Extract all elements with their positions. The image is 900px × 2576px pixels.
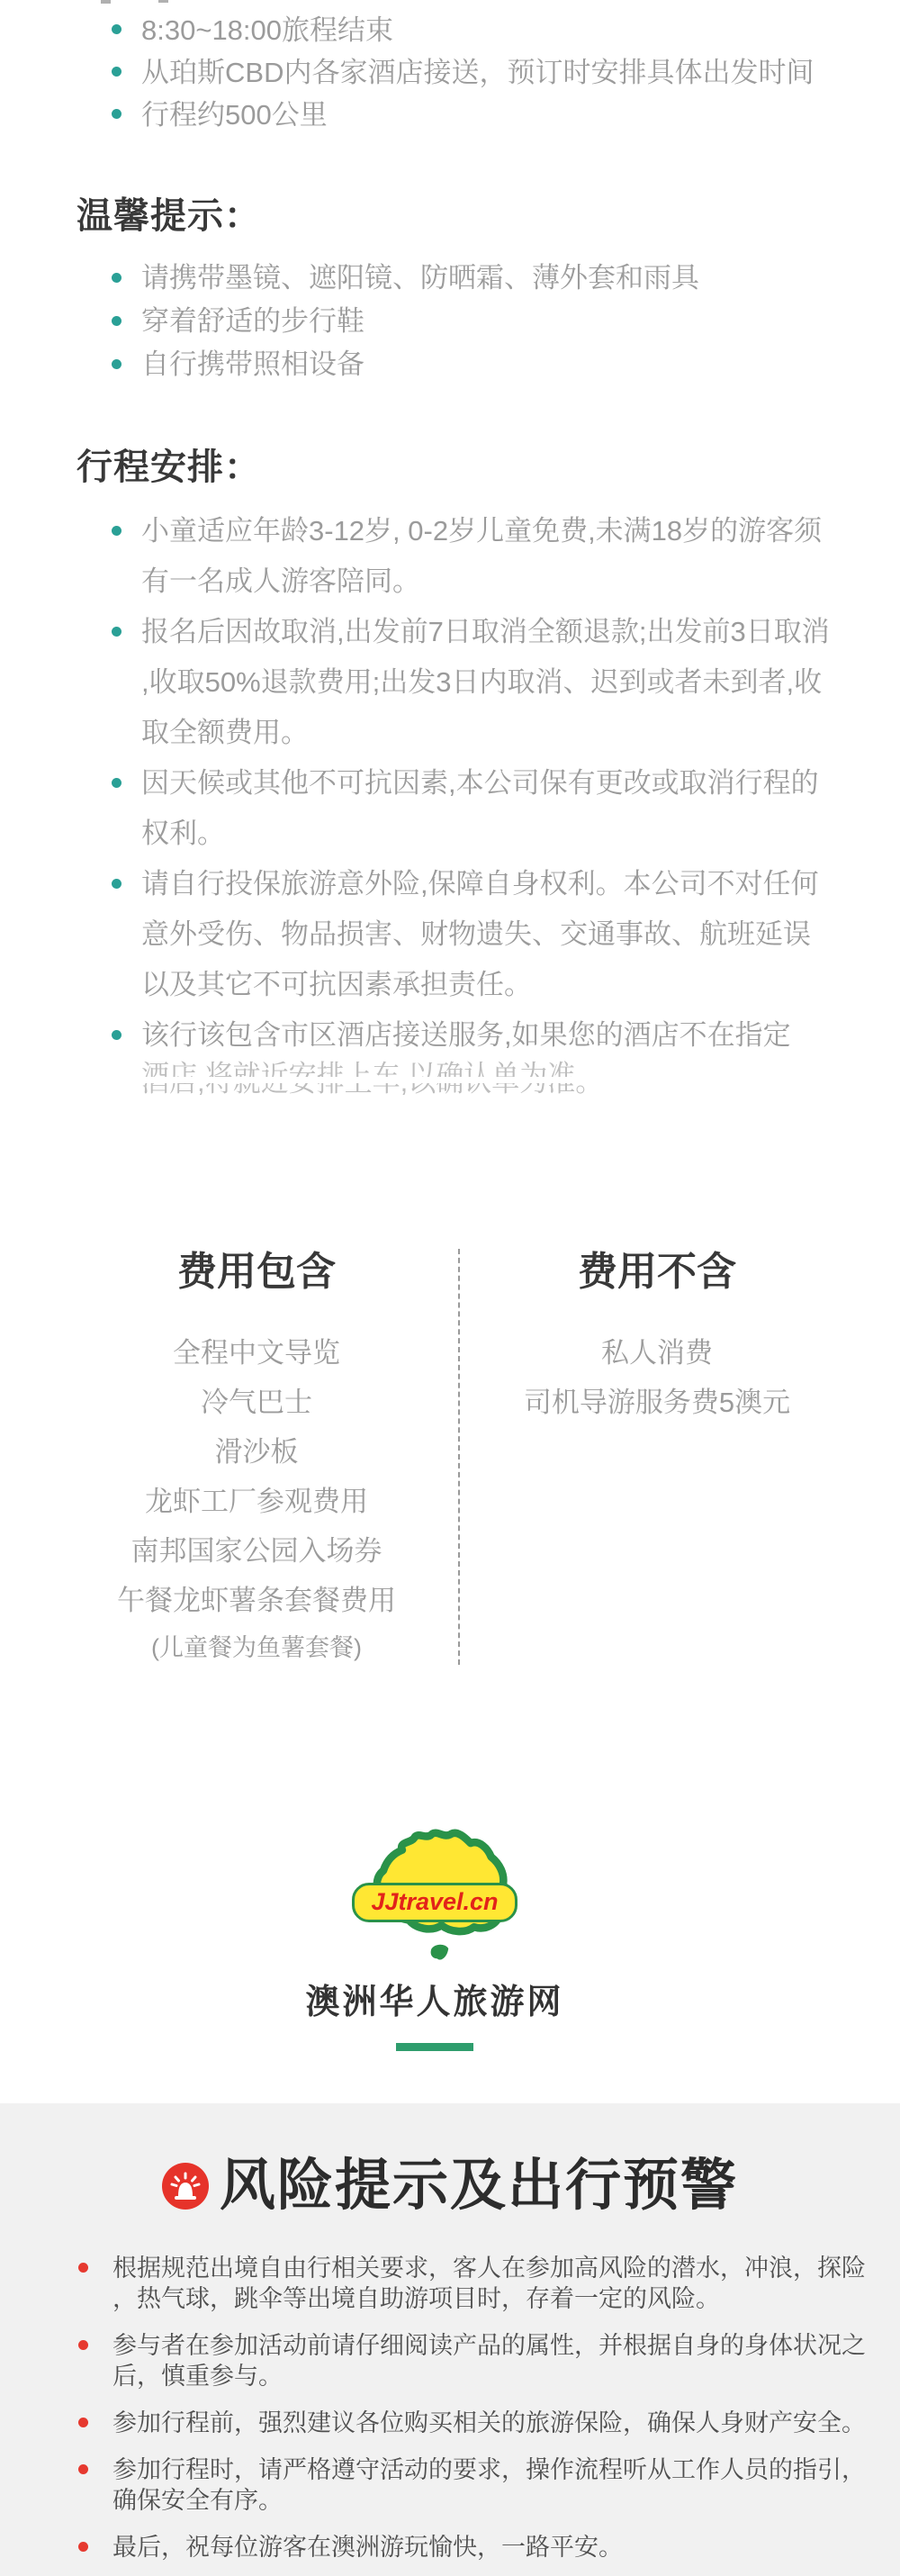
tips-heading: 温馨提示： [76, 195, 900, 237]
fee-item: 私人消费 [459, 1328, 855, 1378]
itinerary-list: 小童适应年龄3-12岁, 0-2岁儿童免费,未满18岁的游客须有一名成人游客陪同… [141, 506, 834, 1061]
fee-item-text: 滑沙板 [215, 1436, 299, 1468]
bullet-dot-icon [78, 2542, 88, 2552]
bullet-dot-icon [112, 526, 121, 536]
fees-included-column: 费用包含 全程中文导览冷气巴士滑沙板龙虾工厂参观费用南邦国家公园入场券午餐龙虾薯… [54, 1252, 459, 1670]
list-item-text: 请自行投保旅游意外险,保障自身权利。本公司不对任何意外受伤、物品损害、财物遗失、… [141, 868, 819, 1000]
list-item: 参与者在参加活动前请仔细阅读产品的属性，并根据自身的身体状况之后，慎重参与。 [112, 2330, 873, 2391]
bullet-dot-icon [78, 2464, 88, 2474]
list-item: 自行携带照相设备 [141, 343, 870, 386]
alarm-siren-icon [162, 2163, 209, 2210]
list-item: 参加行程时，请严格遵守活动的要求，操作流程听从工作人员的指引，确保安全有序。 [112, 2454, 873, 2516]
bullet-dot-icon [112, 879, 121, 889]
bullet-dot-icon [112, 1030, 121, 1040]
tips-list: 请携带墨镜、遮阳镜、防晒霜、薄外套和雨具 穿着舒适的步行鞋 自行携带照相设备 [141, 257, 870, 386]
site-logo: JJtravel.cn 澳洲华人旅游网 [0, 1825, 885, 2051]
site-url-banner: JJtravel.cn [352, 1883, 517, 1922]
fee-item-text: 私人消费 [601, 1337, 713, 1369]
fees-included-list: 全程中文导览冷气巴士滑沙板龙虾工厂参观费用南邦国家公园入场券午餐龙虾薯条套餐费用 [54, 1328, 459, 1625]
list-item-text: 参与者在参加活动前请仔细阅读产品的属性，并根据自身的身体状况之后，慎重参与。 [112, 2332, 866, 2390]
clipped-previous-line-artifact [101, 0, 111, 4]
clipped-line-bottom-half: 酒店,将就近安排上车,以确认单为准。 [141, 1083, 834, 1098]
list-item: 该行该包含市区酒店接送服务,如果您的酒店不在指定 [141, 1010, 834, 1061]
list-item: 因天候或其他不可抗因素,本公司保有更改或取消行程的权利。 [141, 758, 834, 859]
list-item-text: 根据规范出境自由行相关要求，客人在参加高风险的潜水，冲浪，探险，热气球，跳伞等出… [112, 2255, 866, 2312]
fee-item-text: 南邦国家公园入场券 [131, 1535, 382, 1567]
list-item-text: 自行携带照相设备 [141, 348, 364, 380]
travel-page: 8:30~18:00旅程结束 从珀斯CBD内各家酒店接送，预订时安排具体出发时间… [0, 0, 900, 2576]
list-item-text: 该行该包含市区酒店接送服务,如果您的酒店不在指定 [141, 1019, 791, 1051]
fees-section: 费用包含 全程中文导览冷气巴士滑沙板龙虾工厂参观费用南邦国家公园入场券午餐龙虾薯… [0, 1252, 900, 1667]
clipped-text-block: 酒店,将就近安排上车,以确认单为准。 酒店,将就近安排上车,以确认单为准。 [141, 1061, 834, 1098]
itinerary-heading: 行程安排： [76, 447, 900, 488]
bullet-dot-icon [78, 2263, 88, 2273]
risk-warning-section: 风险提示及出行预警 根据规范出境自由行相关要求，客人在参加高风险的潜水，冲浪，探… [0, 2103, 900, 2576]
list-item: 请携带墨镜、遮阳镜、防晒霜、薄外套和雨具 [141, 257, 870, 300]
fees-excluded-list: 私人消费司机导游服务费5澳元 [459, 1328, 855, 1427]
bullet-dot-icon [112, 627, 121, 637]
top-notes-list: 8:30~18:00旅程结束 从珀斯CBD内各家酒店接送，预订时安排具体出发时间… [141, 9, 870, 136]
fee-item: 冷气巴士 [54, 1378, 459, 1427]
fee-item-text: 全程中文导览 [173, 1337, 340, 1369]
logo-underline-bar [396, 2043, 473, 2051]
bullet-dot-icon [112, 359, 121, 369]
list-item: 8:30~18:00旅程结束 [141, 9, 870, 51]
risk-heading: 风险提示及出行预警 [220, 2156, 738, 2217]
list-item: 根据规范出境自由行相关要求，客人在参加高风险的潜水，冲浪，探险，热气球，跳伞等出… [112, 2253, 873, 2314]
list-item-text: 因天候或其他不可抗因素,本公司保有更改或取消行程的权利。 [141, 767, 819, 849]
list-item-text: 报名后因故取消,出发前7日取消全额退款;出发前3日取消,收取50%退款费用;出发… [141, 616, 830, 748]
fee-item-text: 司机导游服务费5澳元 [524, 1387, 790, 1418]
clipped-line-top-half: 酒店,将就近安排上车,以确认单为准。 [141, 1061, 834, 1077]
list-item: 报名后因故取消,出发前7日取消全额退款;出发前3日取消,收取50%退款费用;出发… [141, 607, 834, 758]
risk-header: 风险提示及出行预警 [0, 2156, 900, 2217]
list-item-text: 请携带墨镜、遮阳镜、防晒霜、薄外套和雨具 [141, 262, 699, 294]
fee-item: 全程中文导览 [54, 1328, 459, 1378]
fee-item-text: 龙虾工厂参观费用 [145, 1486, 368, 1517]
list-item-text: 8:30~18:00旅程结束 [141, 14, 393, 46]
bullet-dot-icon [78, 2340, 88, 2350]
list-item-text: 参加行程时，请严格遵守活动的要求，操作流程听从工作人员的指引，确保安全有序。 [112, 2456, 866, 2514]
risk-list: 根据规范出境自由行相关要求，客人在参加高风险的潜水，冲浪，探险，热气球，跳伞等出… [112, 2253, 873, 2562]
list-item: 请自行投保旅游意外险,保障自身权利。本公司不对任何意外受伤、物品损害、财物遗失、… [141, 859, 834, 1010]
list-item-text: 行程约500公里 [141, 99, 328, 131]
australia-map-logo: JJtravel.cn [349, 1825, 520, 1967]
list-item-text: 从珀斯CBD内各家酒店接送，预订时安排具体出发时间 [141, 57, 814, 88]
clip-gap [141, 1077, 834, 1083]
list-item: 穿着舒适的步行鞋 [141, 300, 870, 343]
fees-included-note: (儿童餐为鱼薯套餐) [54, 1625, 459, 1670]
fee-item: 龙虾工厂参观费用 [54, 1477, 459, 1526]
fee-item: 司机导游服务费5澳元 [459, 1378, 855, 1427]
list-item: 行程约500公里 [141, 94, 870, 136]
fee-item-text: 冷气巴士 [201, 1387, 312, 1418]
fees-excluded-column: 费用不含 私人消费司机导游服务费5澳元 [459, 1252, 855, 1427]
fees-included-heading: 费用包含 [54, 1252, 459, 1292]
list-item-text: 参加行程前，强烈建议各位购买相关的旅游保险，确保人身财产安全。 [112, 2409, 866, 2436]
list-item-text: 小童适应年龄3-12岁, 0-2岁儿童免费,未满18岁的游客须有一名成人游客陪同… [141, 515, 822, 597]
bullet-dot-icon [78, 2418, 88, 2427]
clipped-previous-line-artifact [158, 0, 168, 3]
fees-excluded-heading: 费用不含 [459, 1252, 855, 1292]
list-item: 从珀斯CBD内各家酒店接送，预订时安排具体出发时间 [141, 51, 870, 94]
bullet-dot-icon [112, 316, 121, 326]
bullet-dot-icon [112, 67, 121, 77]
list-item-text: 穿着舒适的步行鞋 [141, 305, 364, 337]
fee-item: 午餐龙虾薯条套餐费用 [54, 1576, 459, 1625]
bullet-dot-icon [112, 273, 121, 283]
list-item-text: 最后，祝每位游客在澳洲游玩愉快，一路平安。 [112, 2534, 623, 2561]
bullet-dot-icon [112, 109, 121, 119]
bullet-dot-icon [112, 778, 121, 788]
list-item: 最后，祝每位游客在澳洲游玩愉快，一路平安。 [112, 2532, 873, 2562]
list-item: 小童适应年龄3-12岁, 0-2岁儿童免费,未满18岁的游客须有一名成人游客陪同… [141, 506, 834, 607]
fee-item: 南邦国家公园入场券 [54, 1526, 459, 1576]
fee-item: 滑沙板 [54, 1427, 459, 1477]
site-name: 澳洲华人旅游网 [0, 1982, 885, 2023]
bullet-dot-icon [112, 24, 121, 34]
fee-item-text: 午餐龙虾薯条套餐费用 [117, 1585, 396, 1616]
list-item: 参加行程前，强烈建议各位购买相关的旅游保险，确保人身财产安全。 [112, 2408, 873, 2438]
